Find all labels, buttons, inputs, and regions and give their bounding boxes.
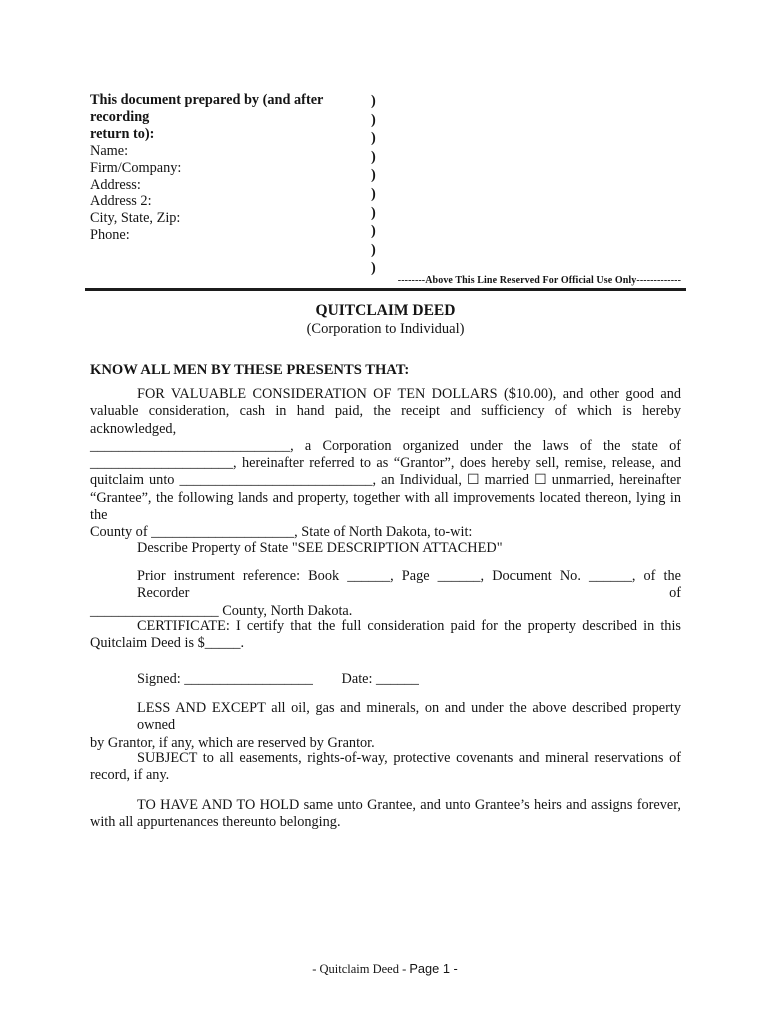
recording-stamp-paren: ) [371,259,376,278]
to-have-and-hold-line: with all appurtenances thereunto belongi… [90,814,681,831]
to-have-and-hold-paragraph: TO HAVE AND TO HOLD same unto Grantee, a… [90,797,681,832]
recording-stamp-paren: ) [371,92,376,111]
footer-page-number: Page 1 - [409,961,457,976]
subject-to-line: record, if any. [90,767,681,784]
prepared-by-field-label: Name: [90,143,360,160]
recording-stamp-paren: ) [371,166,376,185]
text-segment: quitclaim unto _________________________… [90,472,467,488]
consideration-line: ____________________________, a Corporat… [90,438,681,455]
consideration-line: ____________________, hereinafter referr… [90,455,681,472]
official-use-only-label: --------Above This Line Reserved For Off… [398,275,681,286]
recording-stamp-paren: ) [371,222,376,241]
describe-property-paragraph: Describe Property of State "SEE DESCRIPT… [90,540,681,557]
prepared-by-field-label: Address 2: [90,193,360,210]
certificate-paragraph: CERTIFICATE: I certify that the full con… [90,618,681,653]
footer-document-label: - Quitclaim Deed - [312,962,409,976]
recording-stamp-paren: ) [371,148,376,167]
prepared-by-field-label: City, State, Zip: [90,210,360,227]
page-footer: - Quitclaim Deed - Page 1 - [0,961,770,977]
consideration-line: FOR VALUABLE CONSIDERATION OF TEN DOLLAR… [90,386,681,403]
unmarried-checkbox[interactable]: ☐ [534,472,547,488]
prepared-by-field-label: Firm/Company: [90,160,360,177]
recording-stamp-paren: ) [371,204,376,223]
certificate-line: Quitclaim Deed is $_____. [90,635,681,652]
recording-stamp-paren: ) [371,129,376,148]
prepared-by-heading-line1: This document prepared by (and after rec… [90,92,360,126]
to-have-and-hold-line: TO HAVE AND TO HOLD same unto Grantee, a… [90,797,681,814]
recording-stamp-paren: ) [371,111,376,130]
prior-instrument-line: Prior instrument reference: Book ______,… [90,568,681,603]
certificate-line: CERTIFICATE: I certify that the full con… [90,618,681,635]
consideration-paragraph: FOR VALUABLE CONSIDERATION OF TEN DOLLAR… [90,386,681,542]
signed-date-block: Signed: __________________ Date: ______ [90,671,681,688]
recording-stamp-paren-column: )))))))))) [371,92,376,278]
prepared-by-fields: Name:Firm/Company:Address:Address 2:City… [90,143,360,244]
describe-property-line: Describe Property of State "SEE DESCRIPT… [90,540,681,557]
document-subtitle: (Corporation to Individual) [90,321,681,338]
consideration-line: “Grantee”, the following lands and prope… [90,490,681,525]
prepared-by-block: This document prepared by (and after rec… [90,92,360,244]
know-all-men-heading: KNOW ALL MEN BY THESE PRESENTS THAT: [90,362,409,379]
subject-to-line: SUBJECT to all easements, rights-of-way,… [90,750,681,767]
recording-stamp-paren: ) [371,241,376,260]
document-page: This document prepared by (and after rec… [0,0,770,1024]
prepared-by-field-label: Phone: [90,227,360,244]
consideration-line: quitclaim unto _________________________… [90,472,681,489]
prepared-by-heading-line2: return to): [90,126,360,143]
less-and-except-paragraph: LESS AND EXCEPT all oil, gas and mineral… [90,700,681,752]
prior-instrument-paragraph: Prior instrument reference: Book ______,… [90,568,681,620]
subject-to-paragraph: SUBJECT to all easements, rights-of-way,… [90,750,681,785]
text-segment: unmarried, hereinafter [547,472,681,488]
married-checkbox[interactable]: ☐ [467,472,480,488]
prepared-by-field-label: Address: [90,177,360,194]
less-and-except-line: LESS AND EXCEPT all oil, gas and mineral… [90,700,681,735]
signed-date-line: Signed: __________________ Date: ______ [90,671,681,688]
document-title: QUITCLAIM DEED [90,302,681,320]
recording-stamp-paren: ) [371,185,376,204]
consideration-line: valuable consideration, cash in hand pai… [90,403,681,438]
header-rule-divider [85,288,686,291]
text-segment: married [480,472,535,488]
